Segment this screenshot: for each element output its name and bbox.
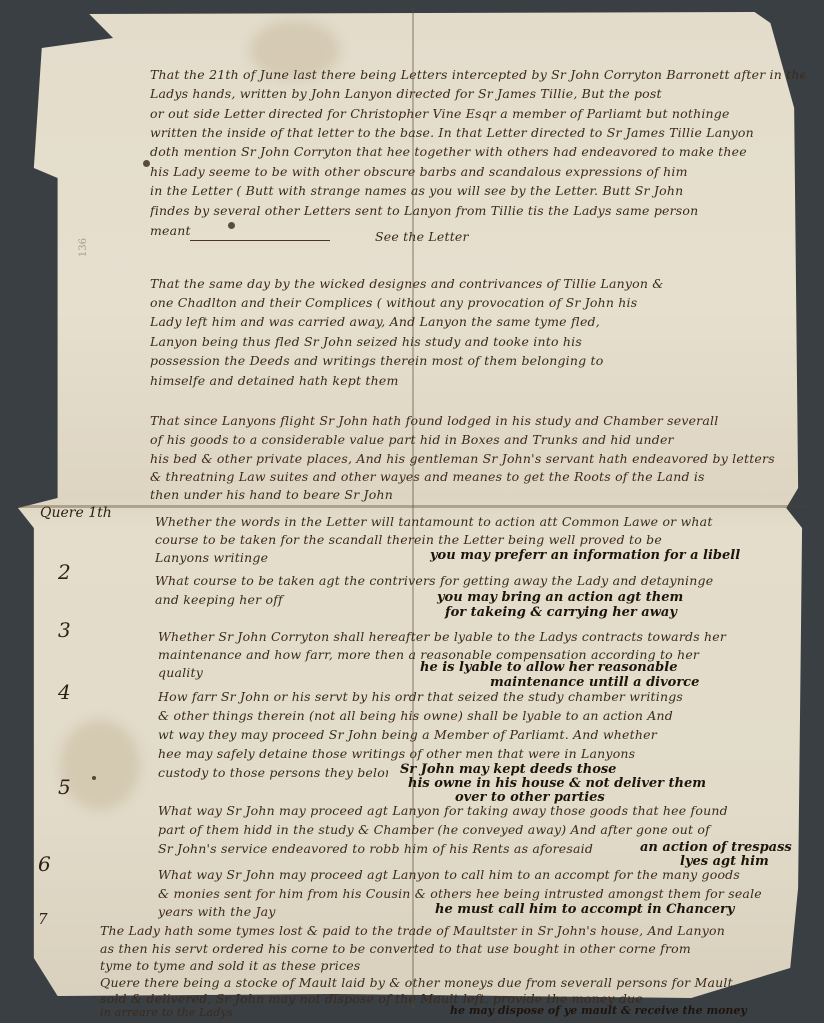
text-line: of his goods to a considerable value par… bbox=[150, 431, 805, 449]
text-line: Ladys hands, written by John Lanyon dire… bbox=[150, 85, 805, 103]
text-line: in the Letter ( Butt with strange names … bbox=[150, 182, 805, 200]
query-number: Quere 1th bbox=[40, 505, 112, 521]
text-line: What course to be taken agt the contrive… bbox=[155, 572, 805, 590]
text-line: or out side Letter directed for Christop… bbox=[150, 105, 805, 123]
text-line: Lady left him and was carried away, And … bbox=[150, 313, 805, 331]
counsel-answer: he may dispose of ye mault & receive the… bbox=[450, 1003, 747, 1019]
text-line: then under his hand to beare Sr John bbox=[150, 486, 805, 504]
text-line: possession the Deeds and writings therei… bbox=[150, 352, 805, 370]
ink-blot bbox=[228, 222, 235, 229]
text-line: course to be taken for the scandall ther… bbox=[155, 531, 805, 549]
query-number: 5 bbox=[58, 775, 71, 799]
catalog-mark: 136 bbox=[78, 238, 89, 257]
text-line: Lanyon being thus fled Sr John seized hi… bbox=[150, 333, 805, 351]
text-line: tyme to tyme and sold it as these prices bbox=[100, 957, 500, 975]
paper-stain bbox=[60, 720, 140, 810]
text-line: wt way they may proceed Sr John being a … bbox=[158, 726, 808, 744]
counsel-answer: he must call him to accompt in Chancery bbox=[435, 902, 734, 918]
counsel-answer: he is lyable to allow her reasonable bbox=[420, 660, 677, 676]
marginal-note: See the Letter bbox=[375, 228, 469, 246]
text-line: findes by several other Letters sent to … bbox=[150, 202, 805, 220]
horizontal-fold-crease bbox=[18, 505, 810, 508]
text-line: quality bbox=[158, 664, 258, 682]
text-line: Whether the words in the Letter will tan… bbox=[155, 513, 805, 531]
text-line: The Lady hath some tymes lost & paid to … bbox=[100, 922, 810, 940]
text-line: years with the Jay bbox=[158, 903, 298, 921]
text-line: & other things therein (not all being hi… bbox=[158, 707, 808, 725]
text-line: & threatning Law suites and other wayes … bbox=[150, 468, 805, 486]
text-line: What way Sr John may proceed agt Lanyon … bbox=[158, 802, 808, 820]
text-line: That since Lanyons flight Sr John hath f… bbox=[150, 412, 805, 430]
text-line: and keeping her off bbox=[155, 591, 385, 609]
text-line: himselfe and detained hath kept them bbox=[150, 372, 805, 390]
text-line: custody to those persons they belong to bbox=[158, 764, 388, 782]
query-number: 7 bbox=[38, 910, 48, 928]
text-line: in arreare to the Ladys bbox=[100, 1004, 300, 1022]
ink-blot bbox=[92, 776, 96, 780]
text-line: How farr Sr John or his servt by his ord… bbox=[158, 688, 808, 706]
text-line: part of them hidd in the study & Chamber… bbox=[158, 821, 808, 839]
query-number: 2 bbox=[58, 560, 71, 584]
text-line: What way Sr John may proceed agt Lanyon … bbox=[158, 866, 808, 884]
ink-blot bbox=[143, 160, 150, 167]
text-line: as then his servt ordered his corne to b… bbox=[100, 940, 810, 958]
text-line: his Lady seeme to be with other obscure … bbox=[150, 163, 805, 181]
text-line: doth mention Sr John Corryton that hee t… bbox=[150, 143, 805, 161]
text-line: That the same day by the wicked designes… bbox=[150, 275, 805, 293]
text-line: Sr John's service endeavored to robb him… bbox=[158, 840, 628, 858]
flourish-rule bbox=[190, 240, 330, 241]
text-line: written the inside of that letter to the… bbox=[150, 124, 805, 142]
query-number: 4 bbox=[58, 680, 71, 704]
text-line: his bed & other private places, And his … bbox=[150, 450, 805, 468]
text-line: meant bbox=[150, 222, 210, 240]
text-line: one Chadlton and their Complices ( witho… bbox=[150, 294, 805, 312]
text-line: & monies sent for him from his Cousin & … bbox=[158, 885, 808, 903]
text-line: Whether Sr John Corryton shall hereafter… bbox=[158, 628, 808, 646]
text-line: hee may safely detaine those writings of… bbox=[158, 745, 808, 763]
counsel-answer: for takeing & carrying her away bbox=[445, 605, 677, 621]
text-line: Lanyons writinge bbox=[155, 549, 355, 567]
query-number: 3 bbox=[58, 618, 71, 642]
text-line: That the 21th of June last there being L… bbox=[150, 66, 805, 84]
counsel-answer: you may bring an action agt them bbox=[437, 590, 683, 606]
counsel-answer: you may preferr an information for a lib… bbox=[430, 548, 740, 564]
query-number: 6 bbox=[38, 852, 51, 876]
